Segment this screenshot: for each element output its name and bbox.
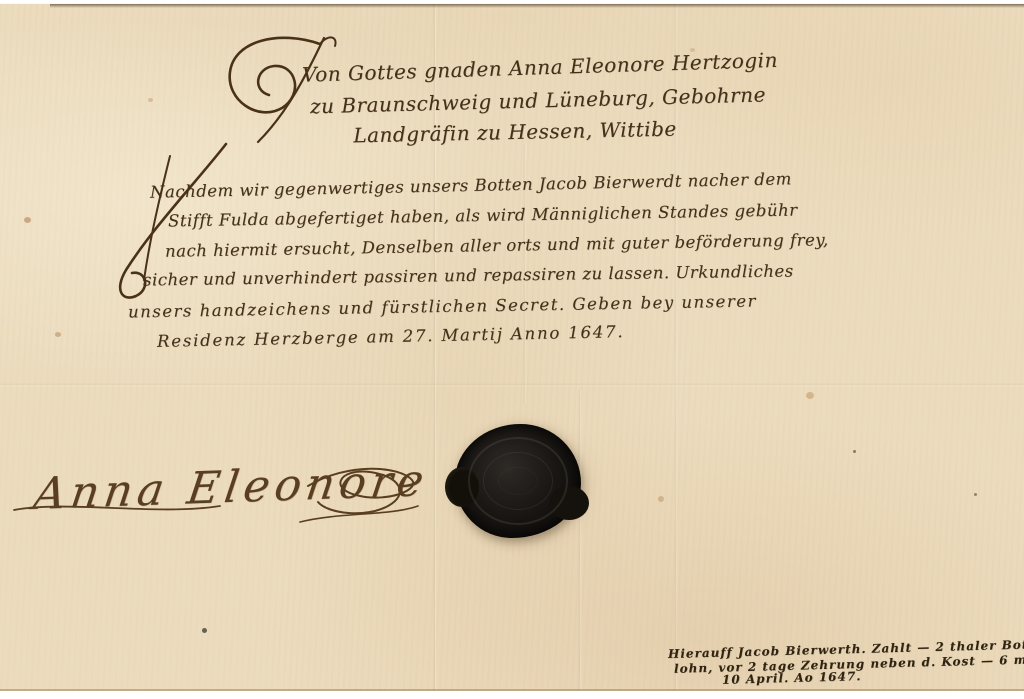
paper-top-edge <box>50 4 1024 8</box>
letter-paper: Von Gottes gnaden Anna Eleonore Hertzogi… <box>0 4 1024 691</box>
docket-line: 10 April. Ao 1647. <box>722 669 862 687</box>
fox-spot <box>148 98 153 102</box>
ink-speck <box>202 628 207 633</box>
body-line: Nachdem wir gegenwertiges unsers Botten … <box>150 169 792 201</box>
horizontal-fold-crease <box>0 383 1024 387</box>
body-line: nach hiermit ersucht, Denselben aller or… <box>165 230 829 261</box>
body-line: Stifft Fulda abgefertiget haben, als wir… <box>168 201 798 231</box>
fox-spot <box>55 332 61 337</box>
body-line: unsers handzeichens und fürstlichen Secr… <box>128 292 757 322</box>
header-line: zu Braunschweig und Lüneburg, Gebohrne <box>310 84 720 119</box>
body-line: Residenz Herzberge am 27. Martij Anno 16… <box>157 322 625 351</box>
ink-speck <box>974 493 977 496</box>
scan-background <box>0 691 1024 699</box>
signature: Anna Eleonore <box>31 455 432 520</box>
body-line: sicher und unverhindert passiren und rep… <box>143 261 794 289</box>
seal-ring <box>498 467 538 495</box>
header-line: Von Gottes gnaden Anna Eleonore Hertzogi… <box>302 49 733 86</box>
fox-spot <box>806 392 814 399</box>
fox-spot <box>24 217 31 223</box>
ink-speck <box>853 450 856 453</box>
header-line: Landgräfin zu Hessen, Wittibe <box>330 116 700 148</box>
fox-spot <box>658 496 664 502</box>
